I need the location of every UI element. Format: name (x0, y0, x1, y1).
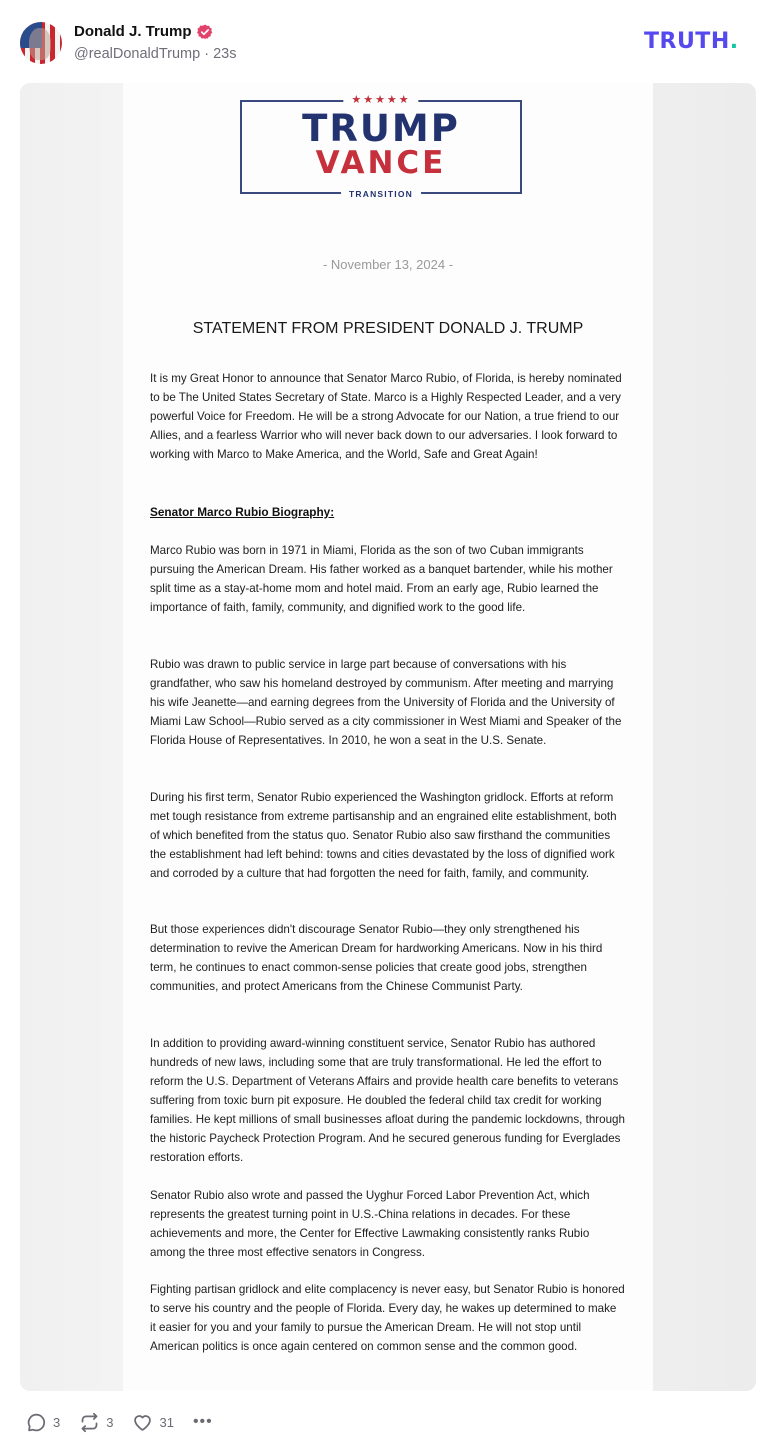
like-count: 31 (159, 1415, 173, 1430)
avatar-face (29, 28, 51, 60)
more-icon: ••• (193, 1413, 213, 1430)
statement-date: - November 13, 2024 - (123, 257, 653, 272)
author-meta: @realDonaldTrump · 23s (74, 46, 236, 62)
logo-vance: VANCE (242, 146, 520, 180)
bio-paragraph: Fighting partisan gridlock and elite com… (150, 1280, 625, 1356)
post-timestamp[interactable]: 23s (213, 46, 236, 62)
stars-icon: ★★★★★ (343, 93, 418, 106)
more-options-button[interactable]: ••• (193, 1413, 213, 1431)
verified-badge-icon (197, 24, 213, 40)
bio-paragraph: Rubio was drawn to public service in lar… (150, 655, 625, 750)
reply-icon (26, 1412, 47, 1433)
bio-heading: Senator Marco Rubio Biography: (150, 505, 334, 519)
bio-paragraph: In addition to providing award-winning c… (150, 1034, 625, 1167)
trump-vance-transition-logo: ★★★★★ TRUMP VANCE TRANSITION (240, 100, 522, 194)
like-button[interactable]: 31 (132, 1412, 173, 1433)
retruth-icon (79, 1412, 100, 1433)
post-header: Donald J. Trump @realDonaldTrump · 23s T… (0, 0, 777, 80)
reply-button[interactable]: 3 (26, 1412, 60, 1433)
statement-document: ★★★★★ TRUMP VANCE TRANSITION - November … (123, 83, 653, 1391)
logo-dot: . (730, 29, 739, 54)
author-display-name[interactable]: Donald J. Trump (74, 23, 192, 40)
meta-separator: · (204, 46, 213, 62)
logo-transition: TRANSITION (341, 189, 421, 199)
avatar[interactable] (20, 22, 62, 64)
logo-text: TRUTH (644, 29, 730, 54)
heart-icon (132, 1412, 153, 1433)
author-name-row: Donald J. Trump (74, 23, 213, 40)
bio-paragraph: Marco Rubio was born in 1971 in Miami, F… (150, 541, 625, 617)
retruth-count: 3 (106, 1415, 113, 1430)
truth-social-logo[interactable]: TRUTH. (644, 30, 739, 54)
reply-count: 3 (53, 1415, 60, 1430)
bio-paragraph: During his first term, Senator Rubio exp… (150, 788, 625, 883)
bio-paragraph: But those experiences didn't discourage … (150, 920, 625, 996)
logo-trump: TRUMP (242, 109, 520, 149)
statement-title: STATEMENT FROM PRESIDENT DONALD J. TRUMP (123, 320, 653, 338)
intro-paragraph: It is my Great Honor to announce that Se… (150, 369, 625, 464)
retruth-button[interactable]: 3 (79, 1412, 113, 1433)
post-image[interactable]: ★★★★★ TRUMP VANCE TRANSITION - November … (20, 83, 756, 1391)
bio-paragraph: Senator Rubio also wrote and passed the … (150, 1186, 625, 1262)
post-actions-bar: 3 3 31 ••• (26, 1410, 213, 1434)
author-handle[interactable]: @realDonaldTrump (74, 46, 200, 62)
